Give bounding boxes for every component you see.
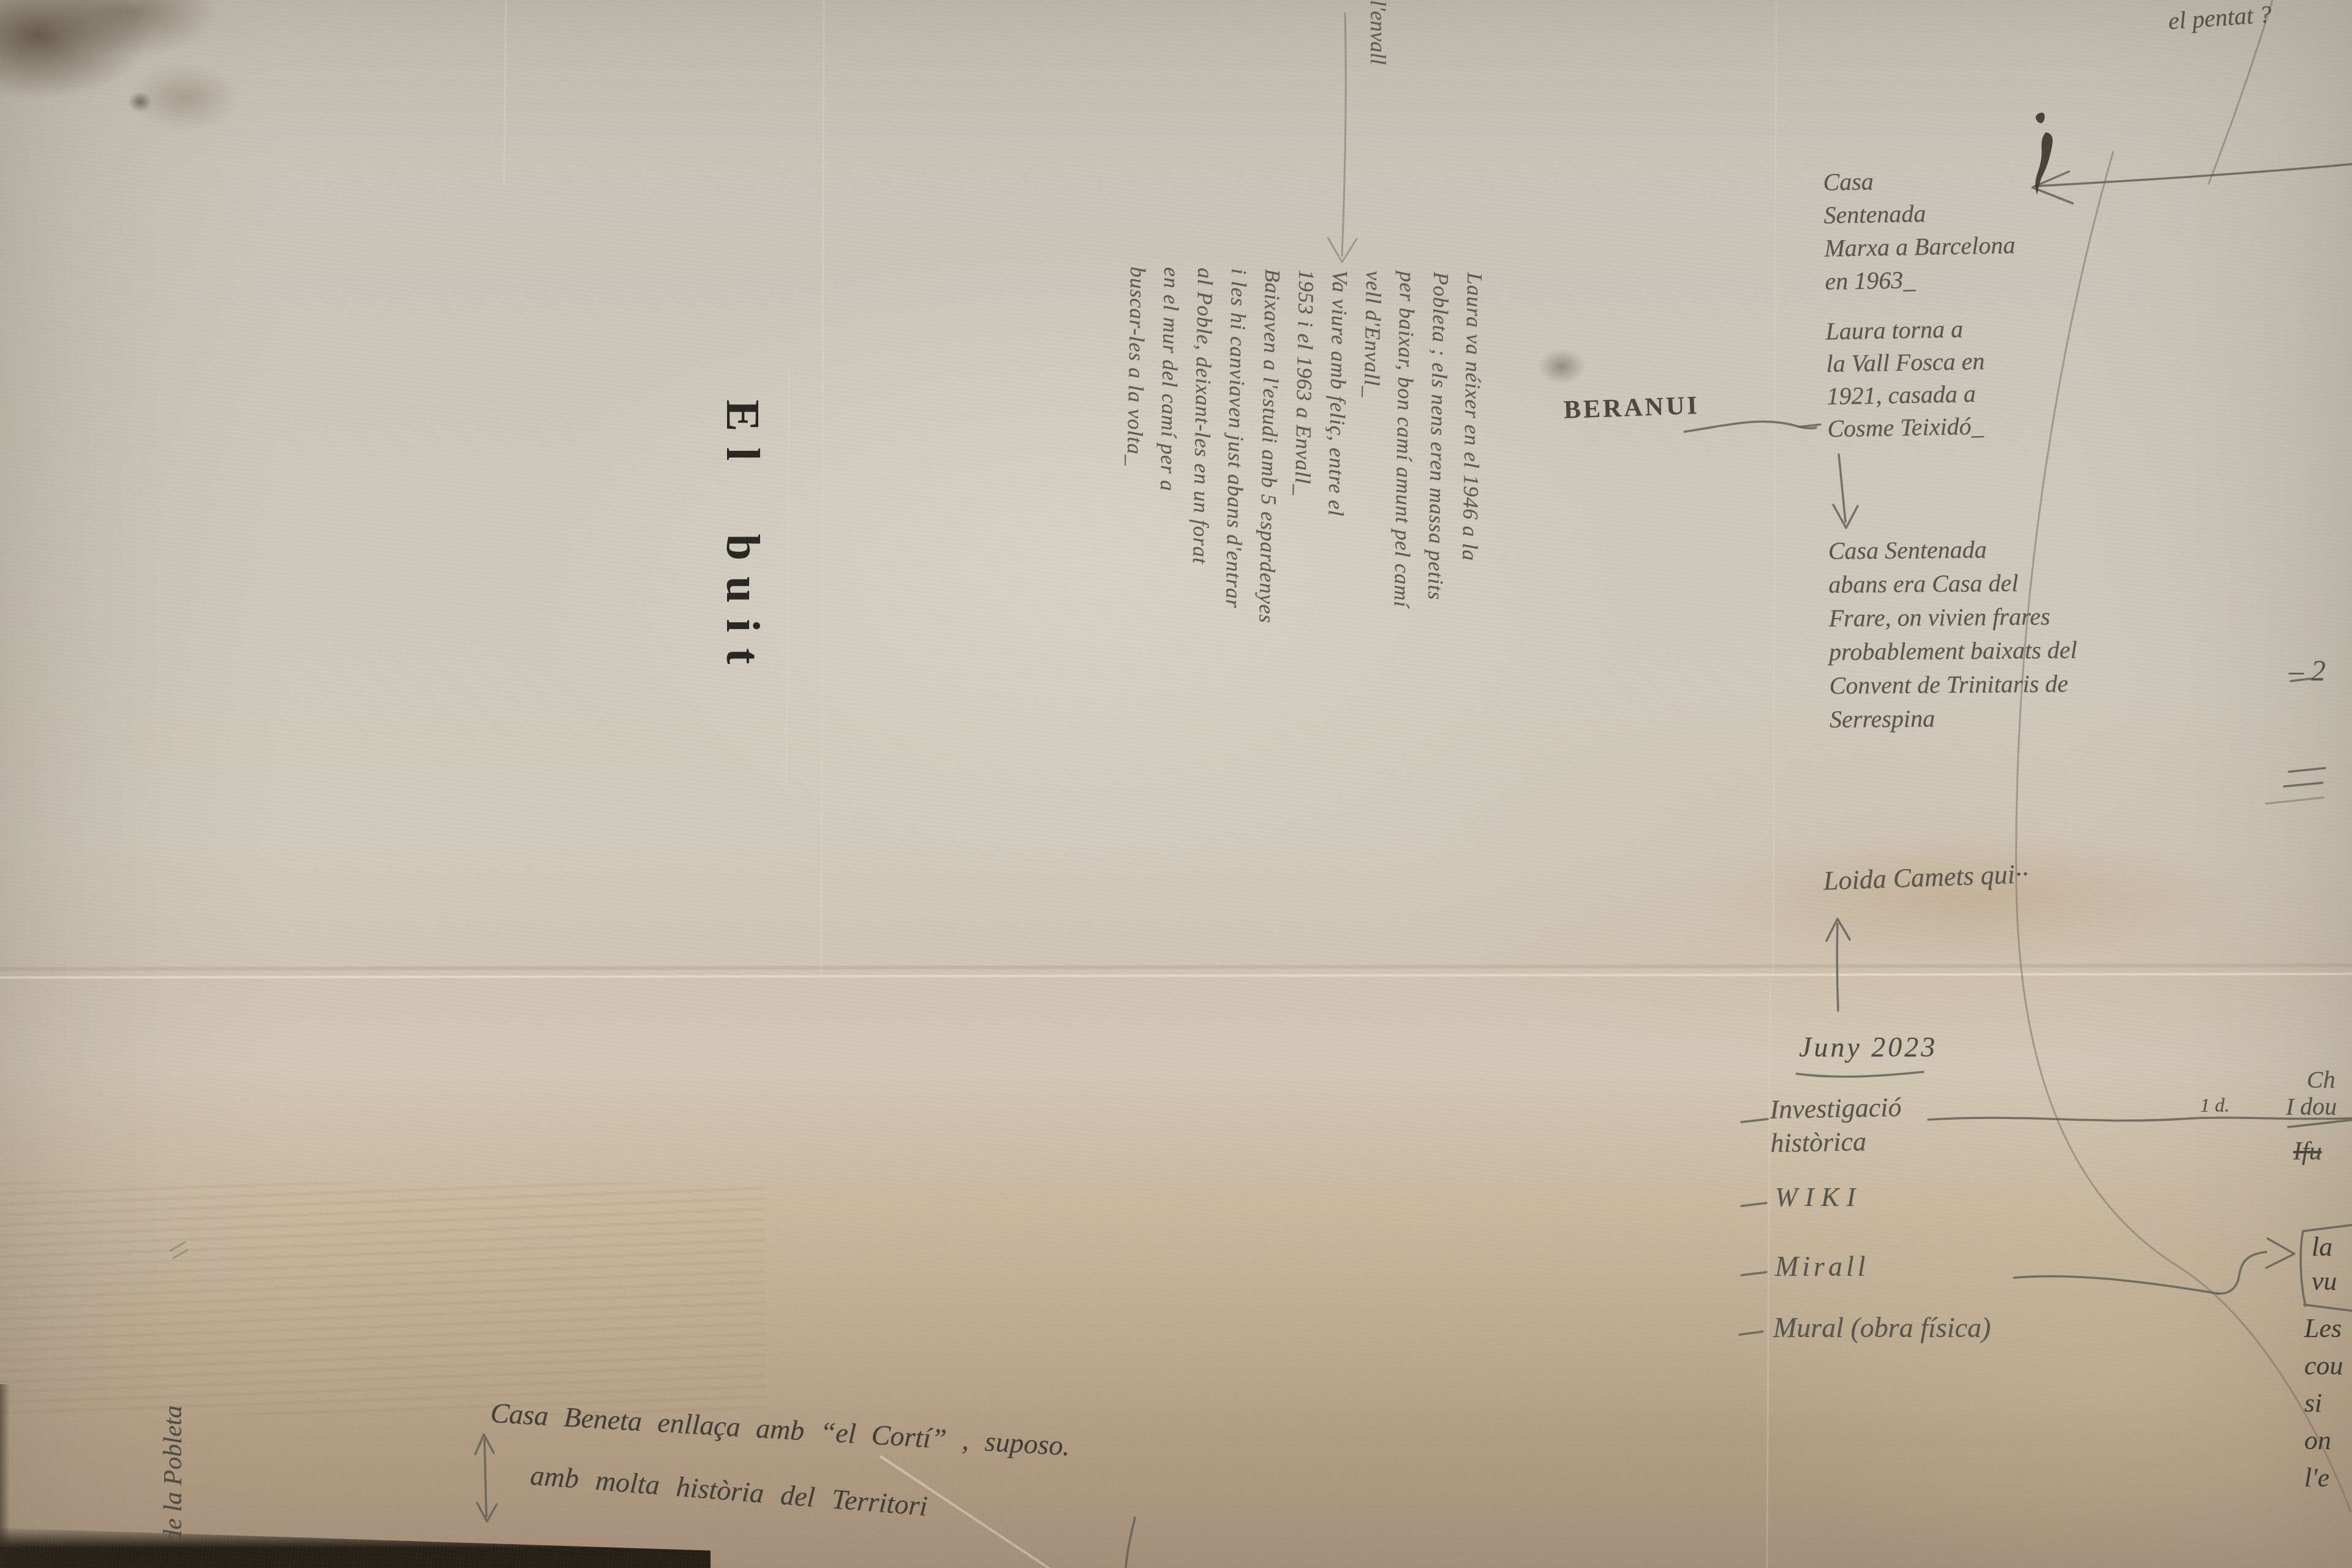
casa-beneta-text: Casa Beneta enllaça amb “el Cortí” , sup… <box>489 1397 1071 1463</box>
underline-juny <box>1796 1072 1923 1077</box>
note-casa-beneta-line1: Casa Beneta enllaça amb “el Cortí” , sup… <box>489 1397 1071 1463</box>
edge-text: – 2 <box>2289 654 2326 688</box>
arrow-left-head <box>2032 171 2073 203</box>
arrow-into-box-line <box>2217 1252 2266 1294</box>
arrow-double-vertical-line <box>484 1439 486 1517</box>
casa-frare-line: Convent de Trinitaris de <box>1829 666 2078 703</box>
arrow-up-head <box>1826 919 1850 941</box>
paper-edge-shadow <box>0 1526 710 1568</box>
boxed-note-line: la <box>2312 1230 2337 1264</box>
dash-cosme <box>1800 424 1820 427</box>
label-el-buit: El buit <box>712 400 771 767</box>
laura-torna-line: la Vall Fosca en <box>1826 345 1985 380</box>
boxed-note-line: vu <box>2312 1264 2337 1298</box>
arrow-envall-head <box>1328 238 1357 262</box>
casa-frare-line: Frare, on vivien frares <box>1829 599 2078 635</box>
todo-item-label: Mural (obra física) <box>1773 1312 1991 1344</box>
note-laura-torna: Laura torna a la Vall Fosca en 1921, cas… <box>1825 312 1986 445</box>
fold-crease-vertical-1 <box>821 0 824 974</box>
arrow-down-line <box>1839 454 1845 522</box>
list-dash-3 <box>1741 1272 1766 1275</box>
envall-text: l'envall <box>1365 0 1390 153</box>
smudge-beranui <box>1528 343 1596 395</box>
casa-sentenada-line: Marxa a Barcelona <box>1824 228 2016 265</box>
label-beranui: BERANUI <box>1563 391 1700 425</box>
todo-item-label: històrica <box>1770 1124 1902 1160</box>
edge-text: Ch <box>2307 1066 2335 1094</box>
arrow-into-box-head <box>2266 1238 2294 1268</box>
equals-mark-2 <box>2284 783 2323 786</box>
ink-blot-streak <box>2035 132 2052 195</box>
fold-crease-vertical-2b <box>1767 979 1770 1568</box>
edge-text: on <box>2304 1422 2343 1459</box>
connector-mirall <box>2014 1276 2218 1294</box>
edge-fragment-two: – 2 <box>2289 654 2326 688</box>
list-dash-2 <box>1741 1203 1766 1206</box>
large-pencil-arc <box>2016 152 2351 1512</box>
fold-crease-vertical-3 <box>504 0 506 184</box>
edge-fragment-ch: Ch <box>2307 1066 2335 1094</box>
juny-text: Juny 2023 <box>1799 1031 1937 1064</box>
arrow-envall-line <box>1342 13 1346 256</box>
boxed-note: la vu <box>2312 1230 2337 1298</box>
note-central-laura-biography: Laura va néixer en el 1946 a la Pobleta … <box>1106 266 1492 995</box>
faint-line-right <box>2266 797 2324 804</box>
edge-text: I dou <box>2286 1093 2337 1121</box>
ink-blot <box>2036 113 2045 123</box>
note-el-pentat: el pentat ? <box>2168 0 2273 36</box>
casa-beneta-text: amb molta història del Territori <box>529 1460 929 1523</box>
casa-frare-line: Serrespina <box>1830 700 2078 736</box>
arrow-left-line <box>2035 164 2352 186</box>
todo-item-investigacio: Investigació històrica <box>1770 1090 1902 1160</box>
edge-text: l'e <box>2304 1459 2343 1496</box>
edge-text: 1 d. <box>2200 1094 2229 1117</box>
connector-beranui <box>1684 421 1816 432</box>
fold-crease-vertical-4 <box>786 367 789 787</box>
edge-text: cou <box>2304 1347 2343 1384</box>
laura-torna-line: 1921, casada a <box>1826 377 1986 413</box>
todo-item-label: WIKI <box>1775 1182 1863 1213</box>
fold-crease-vertical-2 <box>1773 0 1776 974</box>
fiber-streaks <box>0 1182 766 1415</box>
note-casa-beneta-line2: amb molta història del Territori <box>529 1460 929 1523</box>
note-casa-sentenada-title: Casa Sentenada Marxa a Barcelona en 1963… <box>1823 162 2016 298</box>
arrow-double-vertical-head-top <box>475 1434 494 1454</box>
edge-text: si <box>2304 1384 2343 1422</box>
edge-fragment-idou: I dou <box>2286 1093 2337 1121</box>
note-loida: Loida Camets qui·· <box>1823 859 2029 897</box>
stain-top-left <box>0 0 318 196</box>
laura-torna-line: Cosme Teixidó_ <box>1827 410 1986 445</box>
todo-item-label: Mirall <box>1775 1251 1869 1283</box>
edge-fragment-column: Les cou si on l'e <box>2304 1310 2343 1496</box>
left-edge-shadow <box>0 1384 10 1568</box>
arrow-up-line <box>1837 924 1838 1011</box>
el-pentat-text: el pentat ? <box>2168 0 2273 36</box>
edge-fragment-one-d: 1 d. <box>2200 1094 2229 1117</box>
edge-fragment-struck: Ifu <box>2293 1137 2322 1166</box>
label-de-la-pobleta: de la Pobleta <box>159 1246 200 1543</box>
equals-mark-1 <box>2289 768 2325 772</box>
loida-text: Loida Camets qui·· <box>1823 859 2029 897</box>
de-la-pobleta-text: de la Pobleta <box>159 1246 188 1543</box>
list-dash-4 <box>1740 1332 1763 1335</box>
arrow-double-vertical-head-bottom <box>477 1503 497 1521</box>
heading-juny-2023: Juny 2023 <box>1799 1031 1937 1064</box>
label-envall: l'envall <box>1354 0 1390 153</box>
todo-item-label: Investigació <box>1770 1090 1902 1126</box>
edge-text: Les <box>2304 1310 2343 1347</box>
todo-item-wiki: WIKI <box>1775 1182 1863 1213</box>
casa-sentenada-line: Casa <box>1823 162 2015 198</box>
casa-frare-line: abans era Casa del <box>1828 565 2077 601</box>
note-casa-del-frare: Casa Sentenada abans era Casa del Frare,… <box>1828 532 2078 736</box>
laura-torna-line: Laura torna a <box>1825 312 1985 348</box>
edge-text: Ifu <box>2293 1137 2322 1166</box>
el-buit-text: El buit <box>715 400 771 767</box>
todo-item-mural: Mural (obra física) <box>1773 1312 1991 1344</box>
casa-frare-line: Casa Sentenada <box>1828 532 2077 568</box>
beranui-text: BERANUI <box>1563 391 1700 425</box>
arrow-down-head <box>1833 505 1858 528</box>
curve-under-territori <box>1126 1518 1135 1568</box>
todo-item-mirall: Mirall <box>1775 1251 1869 1283</box>
paper-photo: el pentat ? Casa Sentenada Marxa a Barce… <box>0 0 2352 1568</box>
list-dash-1 <box>1741 1119 1768 1122</box>
casa-sentenada-line: Sentenada <box>1823 195 2015 232</box>
casa-sentenada-line: en 1963_ <box>1825 262 2016 298</box>
casa-frare-line: probablement baixats del <box>1829 633 2078 669</box>
